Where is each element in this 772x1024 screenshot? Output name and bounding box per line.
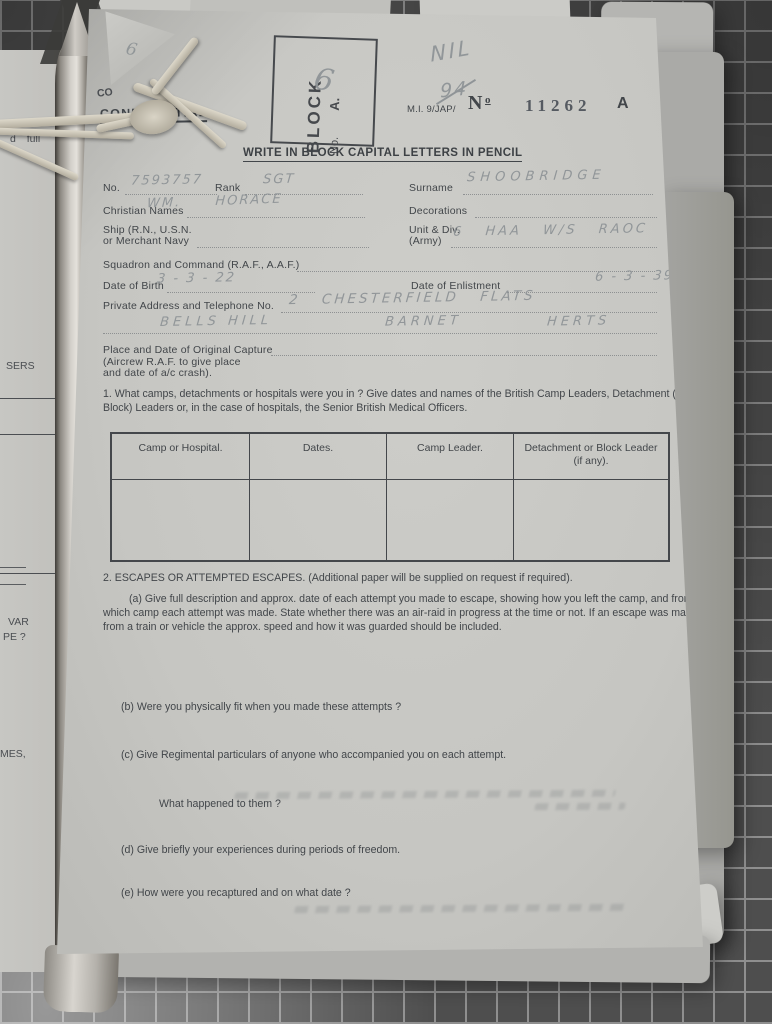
table-empty-cell [250,480,387,560]
form-page: CO CONFIDENTIAL BLOCK No.A. 6 NIL 94 M.I… [55,3,705,957]
field-label-no: No. [103,182,120,195]
field-value-date-of-birth: 3 - 3 - 22 [156,270,236,286]
question-2d-text: (d) Give briefly your experiences during… [121,843,400,857]
camps-table: Camp or Hospital. Dates. Camp Leader. De… [110,432,670,562]
under-page-text-fragment: MES, [0,748,26,760]
bleed-through-writing [294,904,626,913]
field-line-ship [197,247,369,248]
field-label-capture: Place and Date of Original Capture [103,344,273,357]
field-line-capture [271,355,657,356]
field-value-surname: SHOOBRIDGE [466,168,606,185]
field-value-address-line2a: BELLS HILL [159,313,272,330]
field-label-ship-line2: or Merchant Navy [103,235,189,248]
table-empty-cell [514,480,668,560]
pencil-note-nil: NIL [429,35,473,66]
table-header-detachment-leader: Detachment or Block Leader (if any). [514,434,668,480]
table-header-dates: Dates. [250,434,387,480]
field-label-unit-line2: (Army) [409,235,442,248]
bleed-through-writing [534,803,626,811]
field-label-decorations: Decorations [409,205,467,218]
field-value-address-line1: 2 CHESTERFIELD FLATS [288,288,536,308]
field-value-address-line2c: HERTS [546,313,611,329]
instruction-heading: WRITE IN BLOCK CAPITAL LETTERS IN PENCIL [243,147,522,162]
block-number-stamp-box: BLOCK No.A. 6 [270,35,378,147]
under-page-rule [0,567,26,568]
table-header-camp: Camp or Hospital. [112,434,250,480]
field-line-christian-names [187,217,365,218]
field-label-address: Private Address and Telephone No. [103,300,274,313]
field-label-surname: Surname [409,182,453,195]
field-label-date-of-birth: Date of Birth [103,280,164,293]
question-2e-text: (e) How were you recaptured and on what … [121,886,351,900]
field-value-date-of-enlistment: 6 - 3 - 39 [594,268,674,284]
field-value-address-line2b: BARNET [384,313,462,329]
under-page-rule [0,584,26,585]
under-sheet-text-fragment: CO [96,86,113,100]
table-header-camp-leader: Camp Leader. [387,434,514,480]
bleed-through-writing [234,790,616,800]
question-2a-text: (a) Give full description and approx. da… [103,592,711,634]
field-line-address2 [103,333,657,334]
field-note-capture-line2: and date of a/c crash). [103,367,212,380]
under-page-text-fragment: VAR [8,616,29,628]
question-1-text: 1. What camps, detachments or hospitals … [103,387,709,415]
reference-prefix: M.I. 9/JAP/ [407,104,456,115]
field-label-squadron: Squadron and Command (R.A.F., A.A.F.) [103,259,300,272]
question-2c-text: (c) Give Regimental particulars of anyon… [121,748,506,762]
spine-foot [43,945,119,1014]
field-value-unit: 6 HAA W/S RAOC [452,221,648,239]
under-page-text-fragment: SERS [6,360,35,372]
under-page-table-edge [0,398,61,574]
question-2b-text: (b) Were you physically fit when you mad… [121,700,401,714]
field-line-unit [451,247,657,248]
reference-no-n: N [468,91,483,115]
field-line-decorations [475,217,657,218]
series-letter: A [617,94,629,113]
field-value-no: 7593757 [130,172,203,188]
photo-of-document-on-cutting-mat: d full SERS VAR PE ? MES, CO CONFIDENTIA… [0,0,772,1024]
table-empty-cell [387,480,514,560]
serial-number: 11262 [525,96,592,116]
question-2-title: 2. ESCAPES OR ATTEMPTED ESCAPES. (Additi… [103,571,711,585]
under-page-text-fragment: PE ? [3,631,26,643]
field-line-surname [463,194,653,195]
table-empty-cell [112,480,250,560]
reference-no-o: o [485,94,491,107]
field-value-rank: SGT [262,172,296,188]
